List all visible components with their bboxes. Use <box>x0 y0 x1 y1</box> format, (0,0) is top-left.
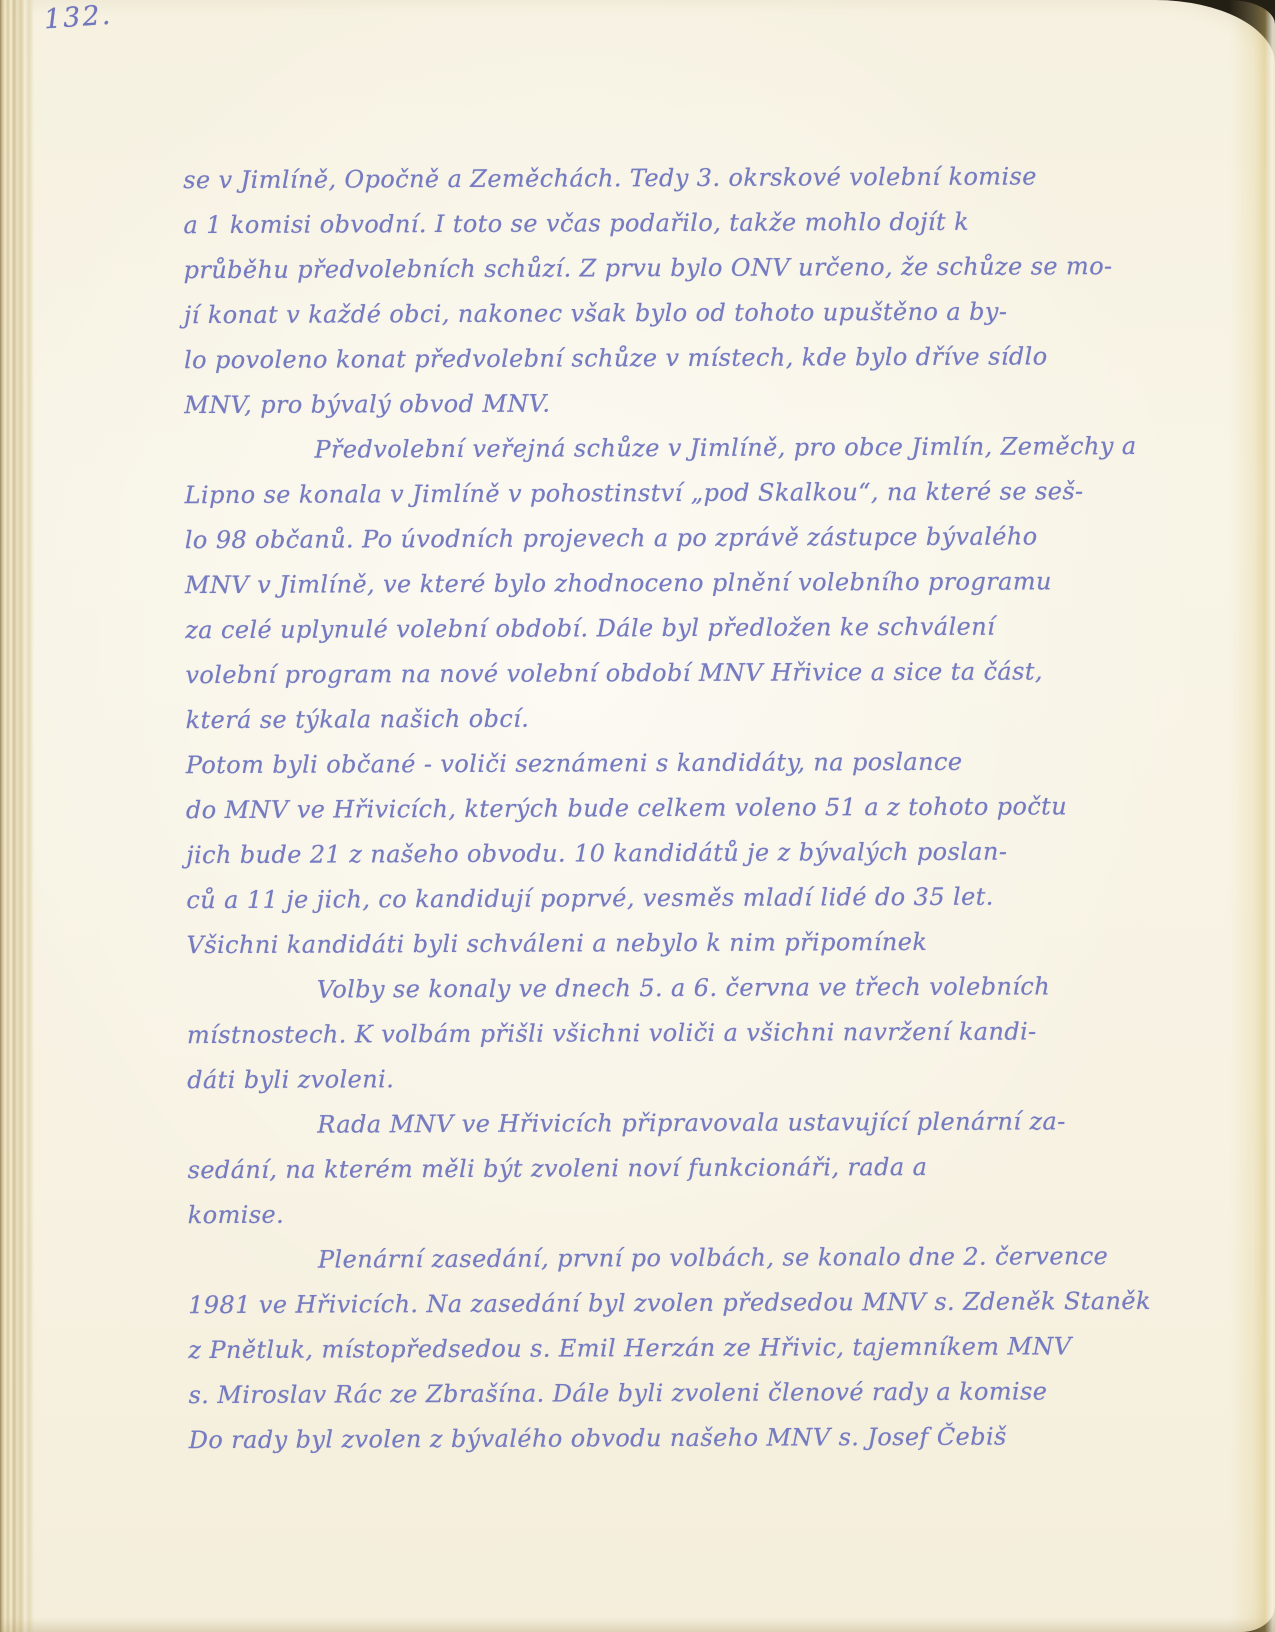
manuscript-line: lo povoleno konat předvolební schůze v m… <box>184 334 1164 383</box>
manuscript-line: do MNV ve Hřivicích, kterých bude celkem… <box>186 784 1166 833</box>
manuscript-line: a 1 komisi obvodní. I toto se včas podař… <box>183 199 1163 248</box>
manuscript-line: Lipno se konala v Jimlíně v pohostinství… <box>185 469 1165 518</box>
manuscript-line: Plenární zasedání, první po volbách, se … <box>188 1234 1168 1283</box>
handwritten-text-block: se v Jimlíně, Opočně a Zeměchách. Tedy 3… <box>183 154 1169 1463</box>
manuscript-line: s. Miroslav Rác ze Zbrašína. Dále byli z… <box>188 1369 1168 1418</box>
manuscript-line: Potom byli občané - voliči seznámeni s k… <box>186 739 1166 788</box>
manuscript-line: 1981 ve Hřivicích. Na zasedání byl zvole… <box>188 1279 1168 1328</box>
manuscript-line: MNV, pro bývalý obvod MNV. <box>184 379 1164 428</box>
manuscript-line: za celé uplynulé volební období. Dále by… <box>185 604 1165 653</box>
manuscript-line: jí konat v každé obci, nakonec však bylo… <box>184 289 1164 338</box>
book-page-edges <box>0 0 34 1632</box>
manuscript-line: místnostech. K volbám přišli všichni vol… <box>187 1009 1167 1058</box>
manuscript-line: která se týkala našich obcí. <box>186 694 1166 743</box>
manuscript-line: Volby se konaly ve dnech 5. a 6. června … <box>187 964 1167 1013</box>
scanned-chronicle-page: 132. se v Jimlíně, Opočně a Zeměchách. T… <box>0 0 1275 1632</box>
manuscript-line: průběhu předvolebních schůzí. Z prvu byl… <box>184 244 1164 293</box>
manuscript-line: lo 98 občanů. Po úvodních projevech a po… <box>185 514 1165 563</box>
manuscript-line: Předvolební veřejná schůze v Jimlíně, pr… <box>184 424 1164 473</box>
manuscript-line: dáti byli zvoleni. <box>187 1054 1167 1103</box>
manuscript-line: Rada MNV ve Hřivicích připravovala ustav… <box>187 1099 1167 1148</box>
manuscript-line: Všichni kandidáti byli schváleni a nebyl… <box>186 919 1166 968</box>
manuscript-line: ců a 11 je jich, co kandidují poprvé, ve… <box>186 874 1166 923</box>
manuscript-line: Do rady byl zvolen z bývalého obvodu naš… <box>189 1414 1169 1463</box>
page-number: 132. <box>43 0 113 35</box>
manuscript-line: sedání, na kterém měli být zvoleni noví … <box>187 1144 1167 1193</box>
manuscript-line: se v Jimlíně, Opočně a Zeměchách. Tedy 3… <box>183 154 1163 203</box>
manuscript-line: jich bude 21 z našeho obvodu. 10 kandidá… <box>186 829 1166 878</box>
manuscript-line: z Pnětluk, místopředsedou s. Emil Herzán… <box>188 1324 1168 1373</box>
manuscript-line: volební program na nové volební období M… <box>185 649 1165 698</box>
manuscript-line: komise. <box>188 1189 1168 1238</box>
manuscript-line: MNV v Jimlíně, ve které bylo zhodnoceno … <box>185 559 1165 608</box>
